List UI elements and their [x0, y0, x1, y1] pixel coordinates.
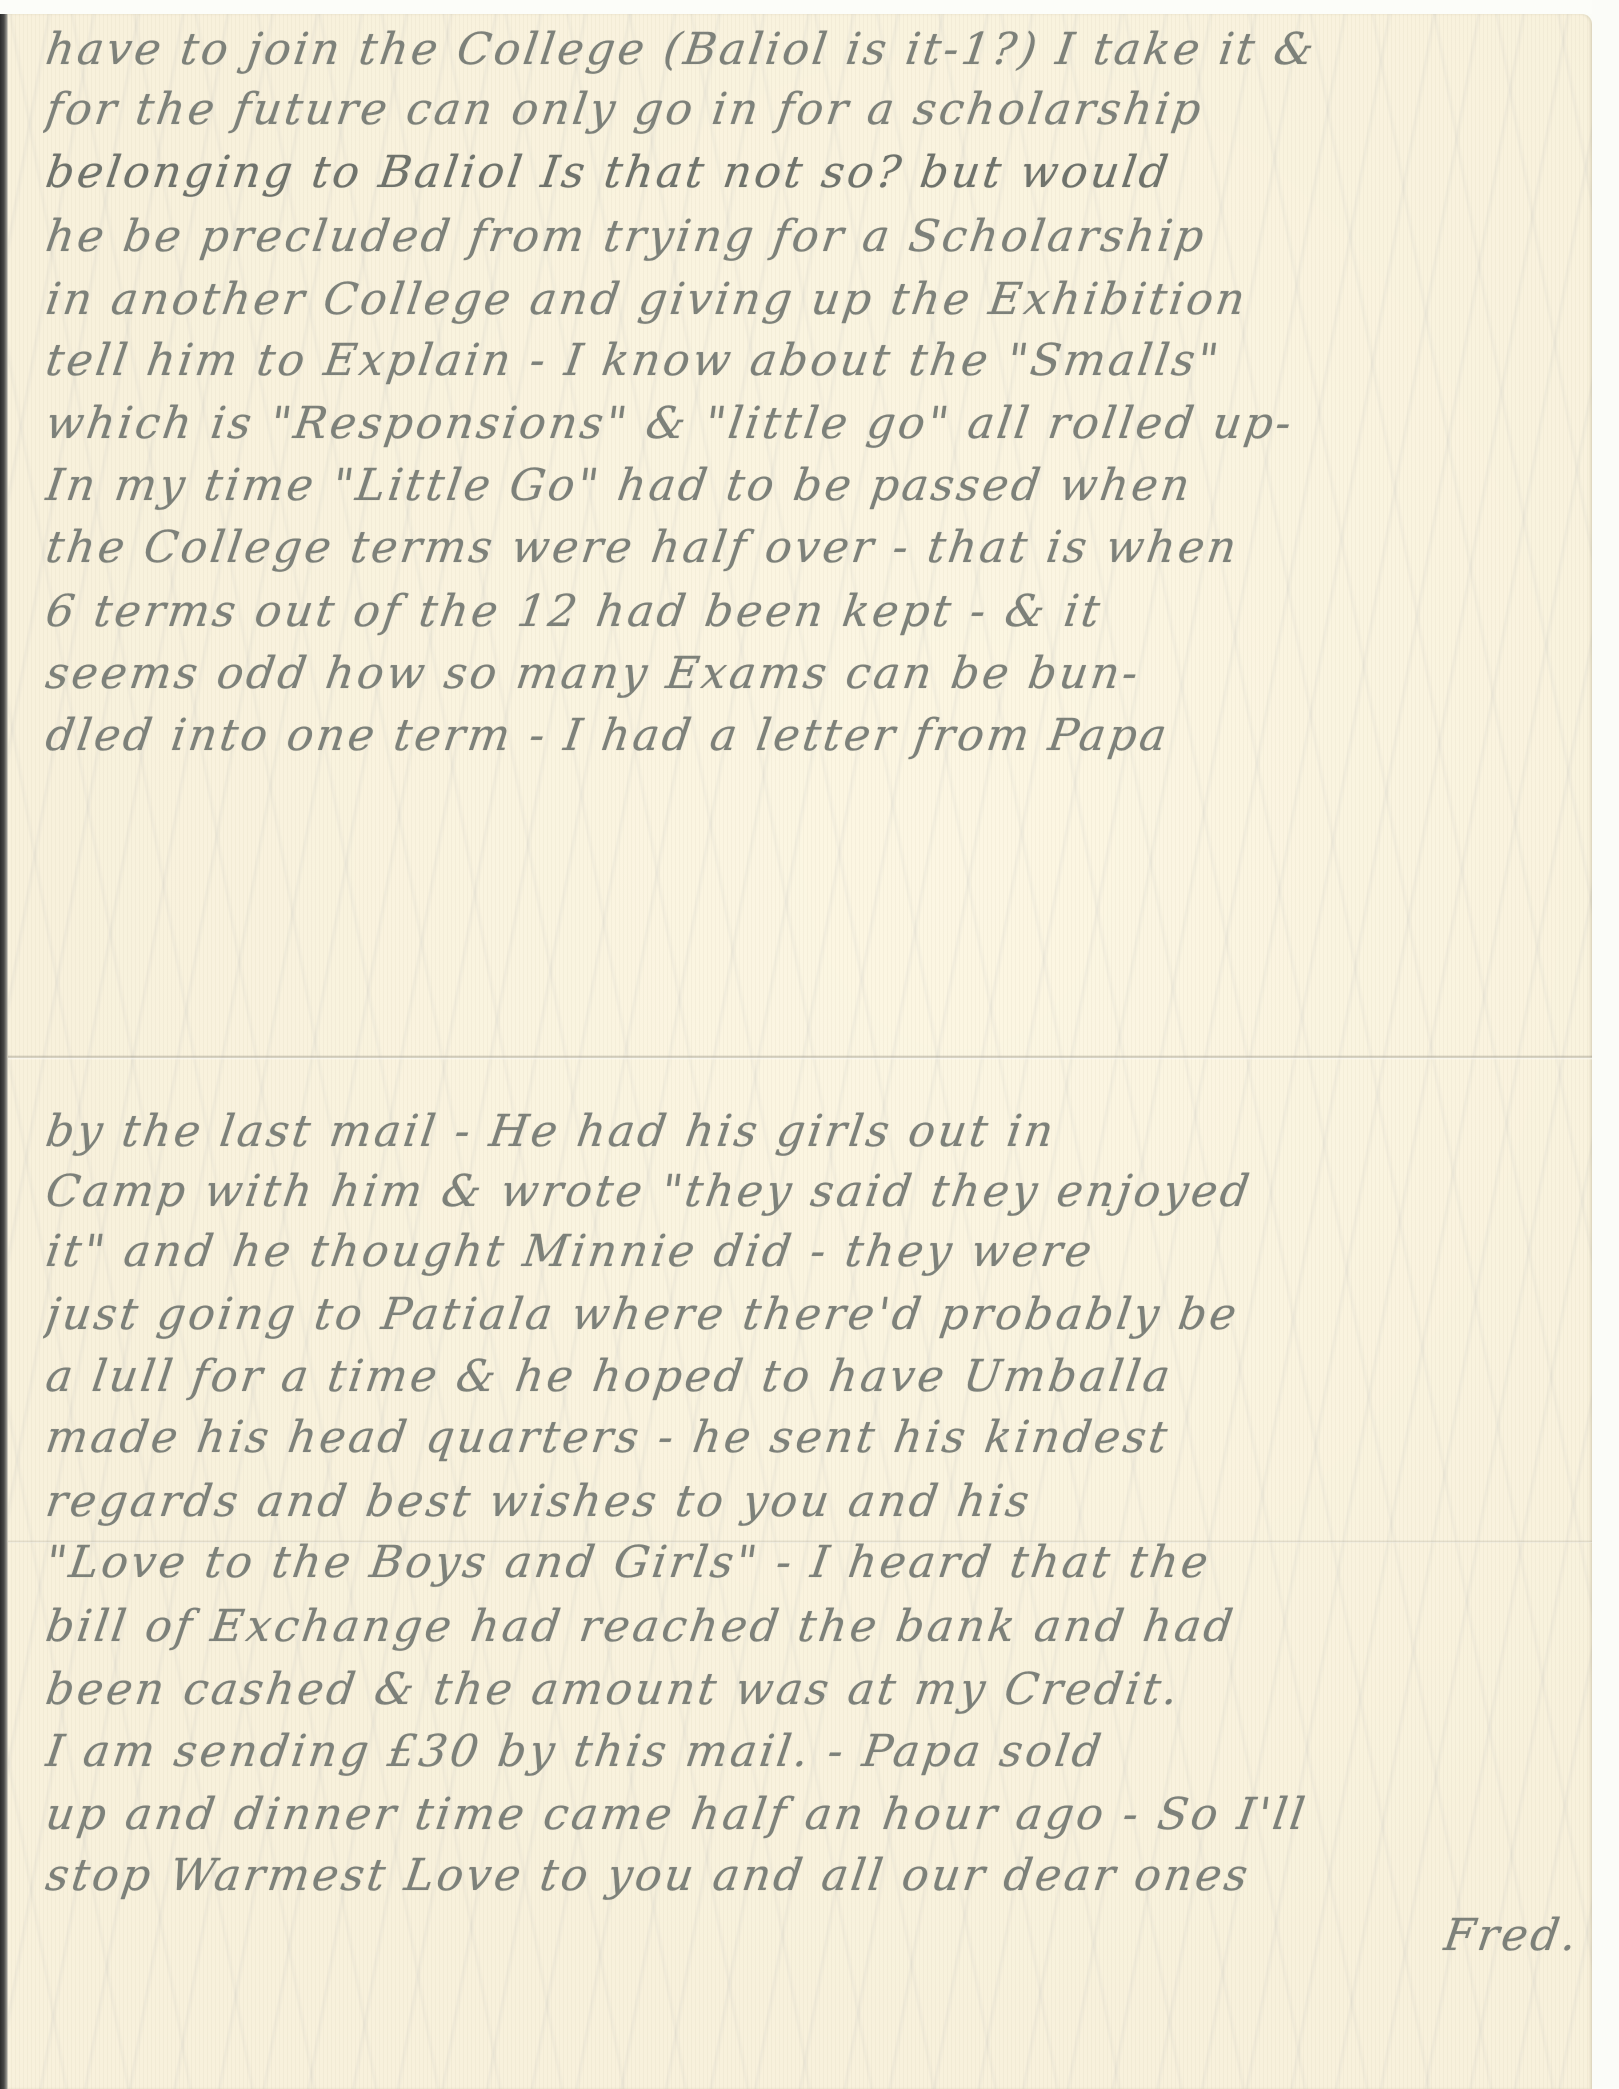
- text-line: 6 terms out of the 12 had been kept - & …: [42, 582, 1595, 642]
- letter-scan: have to join the College (Baliol is it-1…: [0, 0, 1619, 2089]
- text-line: been cashed & the amount was at my Credi…: [42, 1660, 1595, 1720]
- text-line: dled into one term - I had a letter from…: [42, 706, 1595, 766]
- text-line: Camp with him & wrote "they said they en…: [42, 1162, 1595, 1222]
- text-line: it" and he thought Minnie did - they wer…: [42, 1222, 1595, 1282]
- text-line: he be precluded from trying for a Schola…: [42, 207, 1595, 267]
- signature: Fred.: [1440, 1906, 1598, 1966]
- text-line: up and dinner time came half an hour ago…: [42, 1785, 1595, 1845]
- text-line: have to join the College (Baliol is it-1…: [42, 20, 1595, 80]
- text-line: just going to Patiala where there'd prob…: [42, 1285, 1595, 1345]
- text-line: "Love to the Boys and Girls" - I heard t…: [42, 1533, 1595, 1593]
- text-line: which is "Responsions" & "little go" all…: [42, 394, 1595, 454]
- text-line: tell him to Explain - I know about the "…: [42, 331, 1595, 391]
- text-line: the College terms were half over - that …: [42, 518, 1595, 578]
- text-line: I am sending £30 by this mail. - Papa so…: [42, 1722, 1595, 1782]
- text-line: a lull for a time & he hoped to have Umb…: [42, 1347, 1595, 1407]
- text-line: by the last mail - He had his girls out …: [42, 1102, 1595, 1162]
- text-line: seems odd how so many Exams can be bun-: [42, 644, 1595, 704]
- text-line: made his head quarters - he sent his kin…: [42, 1408, 1595, 1468]
- text-line: belonging to Baliol Is that not so? but …: [42, 143, 1595, 203]
- text-line: for the future can only go in for a scho…: [42, 80, 1595, 140]
- handwritten-text: have to join the College (Baliol is it-1…: [0, 0, 1619, 2089]
- text-line: regards and best wishes to you and his: [42, 1472, 1595, 1532]
- text-line: bill of Exchange had reached the bank an…: [42, 1597, 1595, 1657]
- text-line: In my time "Little Go" had to be passed …: [42, 456, 1595, 516]
- text-line: stop Warmest Love to you and all our dea…: [42, 1846, 1595, 1906]
- text-line: in another College and giving up the Exh…: [42, 270, 1595, 330]
